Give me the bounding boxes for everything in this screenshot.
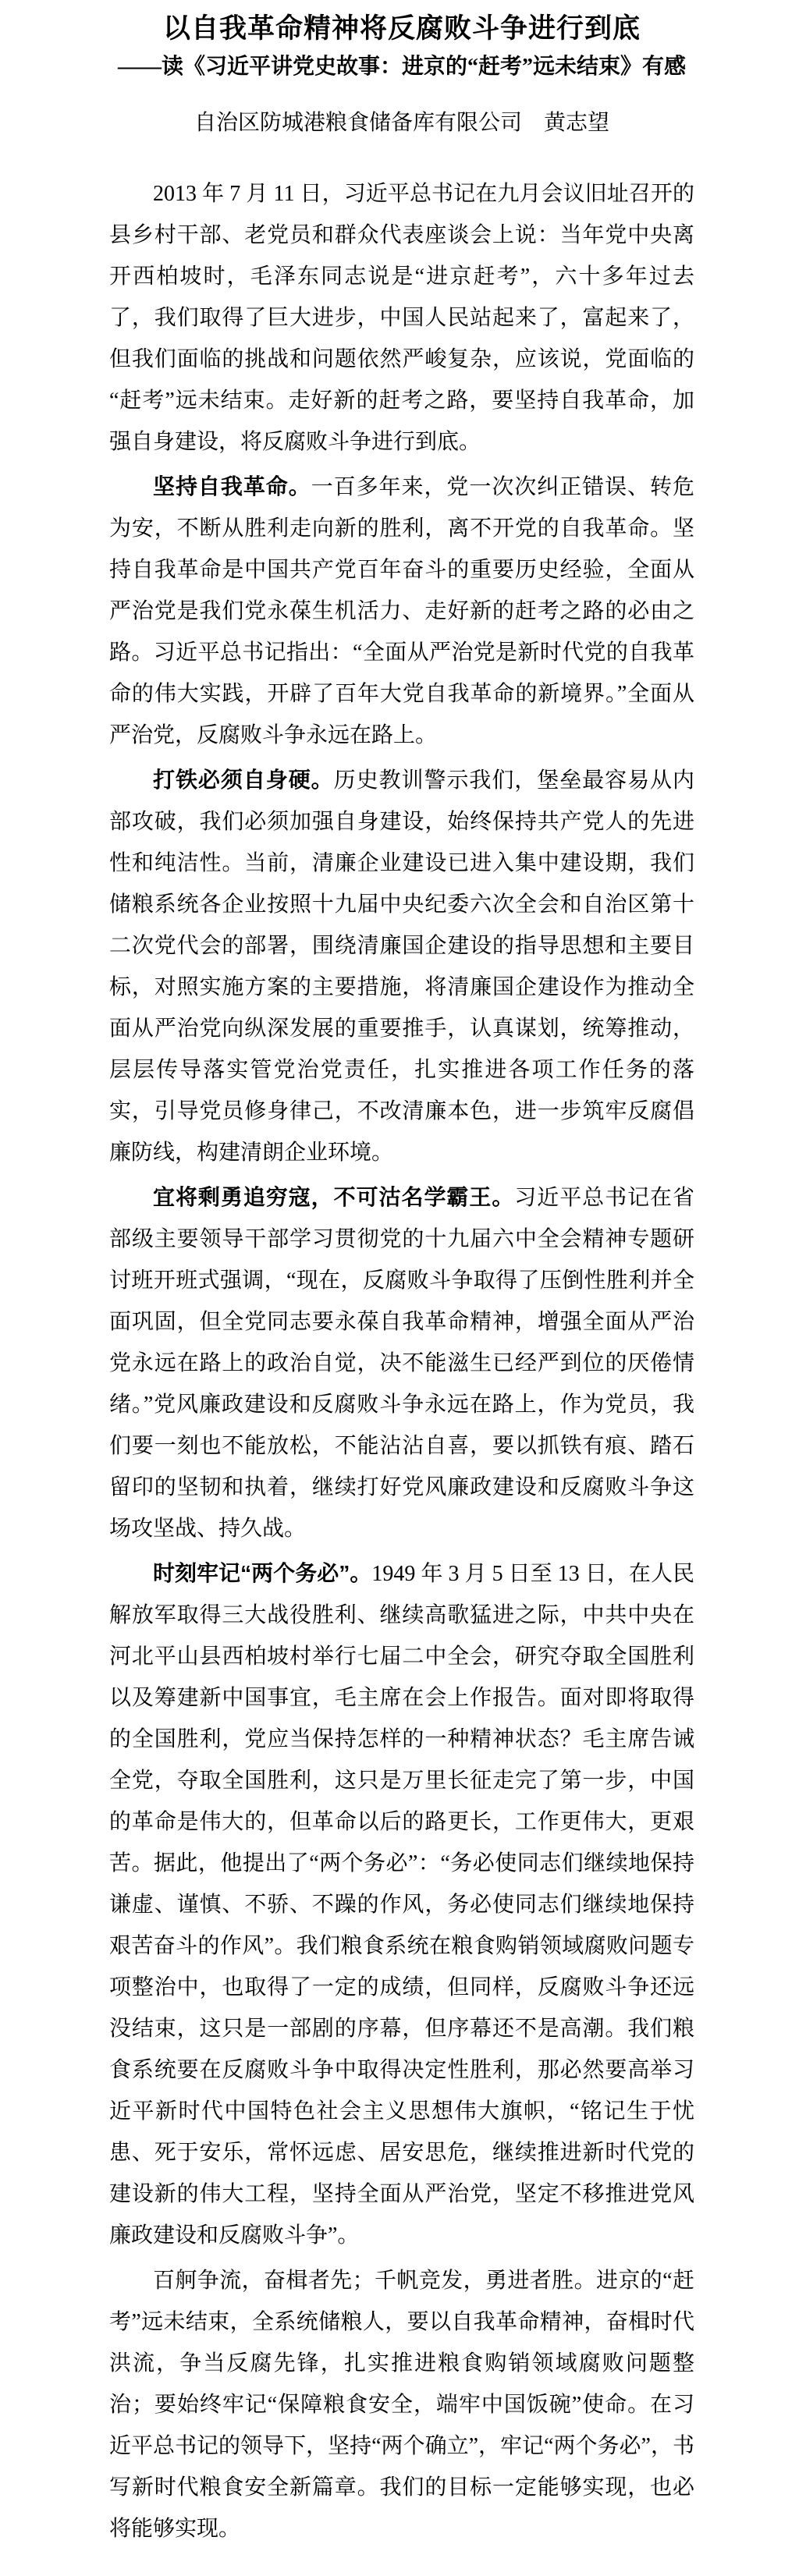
- paragraph-lead-emphasis: 坚持自我革命。: [153, 474, 311, 499]
- document-page: 以自我革命精神将反腐败斗争进行到底 ——读《习近平讲党史故事：进京的“赶考”远未…: [0, 0, 799, 2576]
- paragraph-text: 2013 年 7 月 11 日，习近平总书记在九月会议旧址召开的县乡村干部、老党…: [109, 182, 694, 454]
- paragraph-lead-emphasis: 时刻牢记“两个务必”。: [153, 1561, 371, 1585]
- paragraph-self-revolution: 坚持自我革命。一百多年来，党一次次纠正错误、转危为安，不断从胜利走向新的胜利，离…: [109, 466, 694, 756]
- document-subtitle: ——读《习近平讲党史故事：进京的“赶考”远未结束》有感: [109, 53, 694, 81]
- paragraph-text: 1949 年 3 月 5 日至 13 日，在人民解放军取得三大战役胜利、继续高歌…: [109, 1562, 694, 2248]
- paragraph-intro: 2013 年 7 月 11 日，习近平总书记在九月会议旧址召开的县乡村干部、老党…: [109, 172, 694, 463]
- document-title: 以自我革命精神将反腐败斗争进行到底: [109, 12, 694, 46]
- paragraph-text: 百舸争流，奋楫者先；千帆竞发，勇进者胜。进京的“赶考”远未结束，全系统储粮人，要…: [109, 2269, 694, 2541]
- paragraph-conclusion: 百舸争流，奋楫者先；千帆竞发，勇进者胜。进京的“赶考”远未结束，全系统储粮人，要…: [109, 2259, 694, 2549]
- paragraph-lead-emphasis: 宜将剩勇追穷寇，不可沽名学霸王。: [153, 1185, 514, 1209]
- paragraph-forge-iron: 打铁必须自身硬。历史教训警示我们，堡垒最容易从内部攻破，我们必须加强自身建设，始…: [109, 759, 694, 1173]
- paragraph-lead-emphasis: 打铁必须自身硬。: [153, 768, 334, 792]
- author-line: 自治区防城港粮食储备库有限公司 黄志望: [109, 110, 694, 137]
- paragraph-text: 历史教训警示我们，堡垒最容易从内部攻破，我们必须加强自身建设，始终保持共产党人的…: [109, 768, 694, 1165]
- paragraph-text: 习近平总书记在省部级主要领导干部学习贯彻党的十九届六中全会精神专题研讨班开班式强…: [109, 1186, 694, 1541]
- article-body: 2013 年 7 月 11 日，习近平总书记在九月会议旧址召开的县乡村干部、老党…: [109, 172, 694, 2549]
- paragraph-text: 一百多年来，党一次次纠正错误、转危为安，不断从胜利走向新的胜利，离不开党的自我革…: [109, 475, 694, 747]
- paragraph-two-musts: 时刻牢记“两个务必”。1949 年 3 月 5 日至 13 日，在人民解放军取得…: [109, 1552, 694, 2256]
- paragraph-pursue-remnants: 宜将剩勇追穷寇，不可沽名学霸王。习近平总书记在省部级主要领导干部学习贯彻党的十九…: [109, 1176, 694, 1549]
